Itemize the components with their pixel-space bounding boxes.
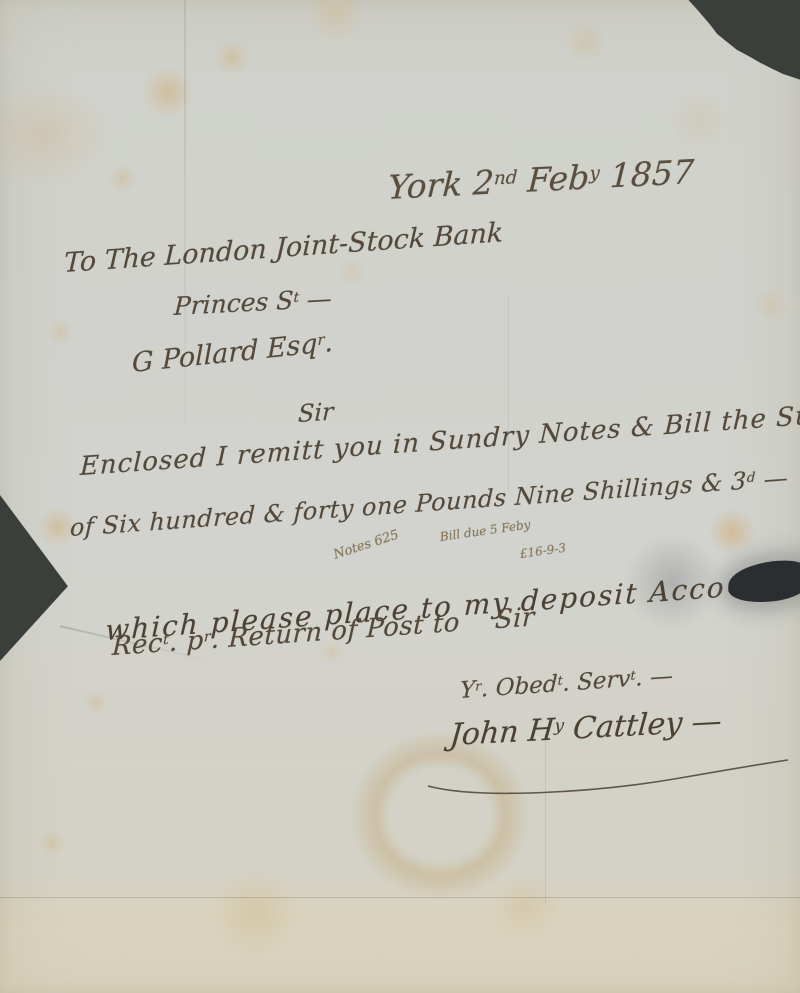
letter-scan: York 2nd Feby 1857 To The London Joint-S… xyxy=(0,0,800,993)
ink-blot xyxy=(728,558,800,604)
salutation: Sir xyxy=(298,397,334,428)
